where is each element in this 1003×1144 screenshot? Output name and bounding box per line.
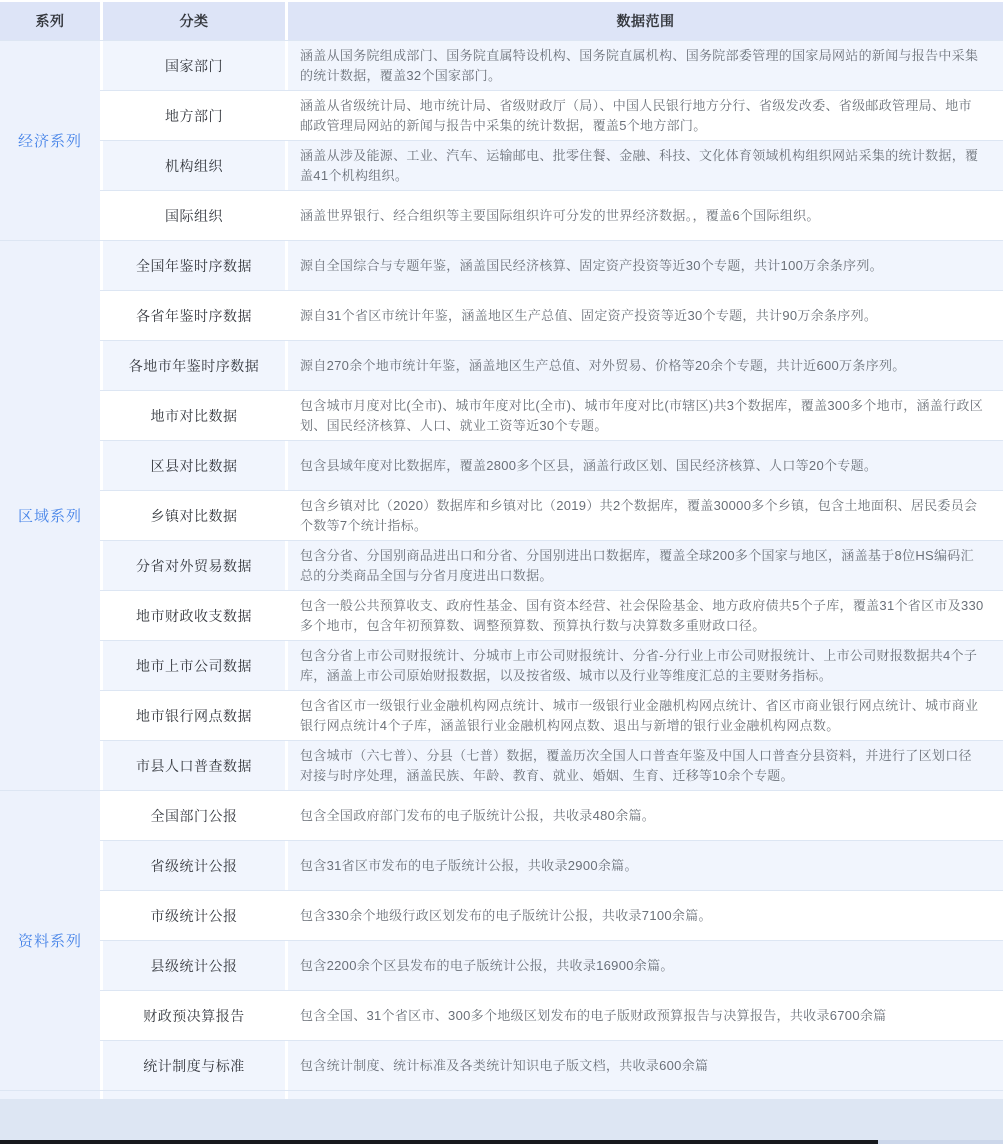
category-cell: 地市财政收支数据 [100,591,285,640]
scope-cell: 源自31个省区市统计年鉴，涵盖地区生产总值、固定资产投资等近30个专题，共计90… [285,291,1003,340]
category-cell: 全国部门公报 [100,791,285,840]
scope-cell: 涵盖从省级统计局、地市统计局、省级财政厅（局）、中国人民银行地方分行、省级发改委… [285,91,1003,140]
category-cell: 省级统计公报 [100,841,285,890]
category-cell: 财政预决算报告 [100,991,285,1040]
category-cell: 全国年鉴时序数据 [100,241,285,290]
col-header-category: 分类 [100,2,285,40]
category-cell: 地市对比数据 [100,391,285,440]
scope-cell: 包含一般公共预算收支、政府性基金、国有资本经营、社会保险基金、地方政府债共5个子… [285,591,1003,640]
scope-cell: 涵盖从国务院组成部门、国务院直属特设机构、国务院直属机构、国务院部委管理的国家局… [285,41,1003,90]
bottom-bar [0,1140,1003,1144]
scope-cell: 包含统计制度、统计标准及各类统计知识电子版文档，共收录600余篇 [285,1041,1003,1090]
category-cell: 乡镇对比数据 [100,491,285,540]
category-cell: 各省年鉴时序数据 [100,291,285,340]
category-cell: 市级统计公报 [100,891,285,940]
scope-cell: 包含县域年度对比数据库，覆盖2800多个区县，涵盖行政区划、国民经济核算、人口等… [285,441,1003,490]
bottom-bar-light-segment [878,1140,1003,1144]
category-cell: 机构组织 [100,141,285,190]
scope-cell: 涵盖从涉及能源、工业、汽车、运输邮电、批零住餐、金融、科技、文化体育领域机构组织… [285,141,1003,190]
partial-row-cell [100,1091,285,1099]
scope-cell: 涵盖世界银行、经合组织等主要国际组织许可分发的世界经济数据。，覆盖6个国际组织。 [285,191,1003,240]
scope-cell: 包含330余个地级行政区划发布的电子版统计公报，共收录7100余篇。 [285,891,1003,940]
series-group-label: 资料系列 [18,930,82,951]
page: 系列 分类 数据范围 经济系列 国家部门 涵盖从国务院组成部门、国务院直属特设机… [0,0,1003,1144]
series-group-cell: 资料系列 [0,791,100,1090]
scope-cell: 源自全国综合与专题年鉴，涵盖国民经济核算、固定资产投资等近30个专题，共计100… [285,241,1003,290]
scope-cell: 包含省区市一级银行业金融机构网点统计、城市一级银行业金融机构网点统计、省区市商业… [285,691,1003,740]
category-cell: 地市银行网点数据 [100,691,285,740]
scope-cell: 包含城市（六七普）、分县（七普）数据，覆盖历次全国人口普查年鉴及中国人口普查分县… [285,741,1003,790]
scope-cell: 包含全国、31个省区市、300多个地级区划发布的电子版财政预算报告与决算报告，共… [285,991,1003,1040]
category-cell: 统计制度与标准 [100,1041,285,1090]
scope-cell: 包含31省区市发布的电子版统计公报，共收录2900余篇。 [285,841,1003,890]
bottom-bar-dark-segment [0,1140,878,1144]
col-header-series: 系列 [0,2,100,40]
category-cell: 地方部门 [100,91,285,140]
category-cell: 国家部门 [100,41,285,90]
category-cell: 区县对比数据 [100,441,285,490]
series-group-label: 经济系列 [18,130,82,151]
scope-cell: 包含乡镇对比（2020）数据库和乡镇对比（2019）共2个数据库，覆盖30000… [285,491,1003,540]
scope-cell: 源自270余个地市统计年鉴，涵盖地区生产总值、对外贸易、价格等20余个专题，共计… [285,341,1003,390]
series-group-cell: 经济系列 [0,41,100,240]
scope-cell: 包含城市月度对比(全市)、城市年度对比(全市)、城市年度对比(市辖区)共3个数据… [285,391,1003,440]
scope-cell: 包含2200余个区县发布的电子版统计公报，共收录16900余篇。 [285,941,1003,990]
scope-cell: 包含分省上市公司财报统计、分城市上市公司财报统计、分省-分行业上市公司财报统计、… [285,641,1003,690]
category-cell: 地市上市公司数据 [100,641,285,690]
series-group-label: 区域系列 [18,505,82,526]
category-cell: 分省对外贸易数据 [100,541,285,590]
col-header-scope: 数据范围 [285,2,1003,40]
scope-cell: 包含分省、分国别商品进出口和分省、分国别进出口数据库，覆盖全球200多个国家与地… [285,541,1003,590]
scope-cell: 包含全国政府部门发布的电子版统计公报，共收录480余篇。 [285,791,1003,840]
category-cell: 县级统计公报 [100,941,285,990]
category-cell: 市县人口普查数据 [100,741,285,790]
partial-row-cell [0,1091,100,1099]
category-cell: 国际组织 [100,191,285,240]
data-catalog-table: 系列 分类 数据范围 经济系列 国家部门 涵盖从国务院组成部门、国务院直属特设机… [0,2,1003,1140]
category-cell: 各地市年鉴时序数据 [100,341,285,390]
series-group-cell: 区域系列 [0,241,100,790]
partial-row-cell [285,1091,1003,1099]
